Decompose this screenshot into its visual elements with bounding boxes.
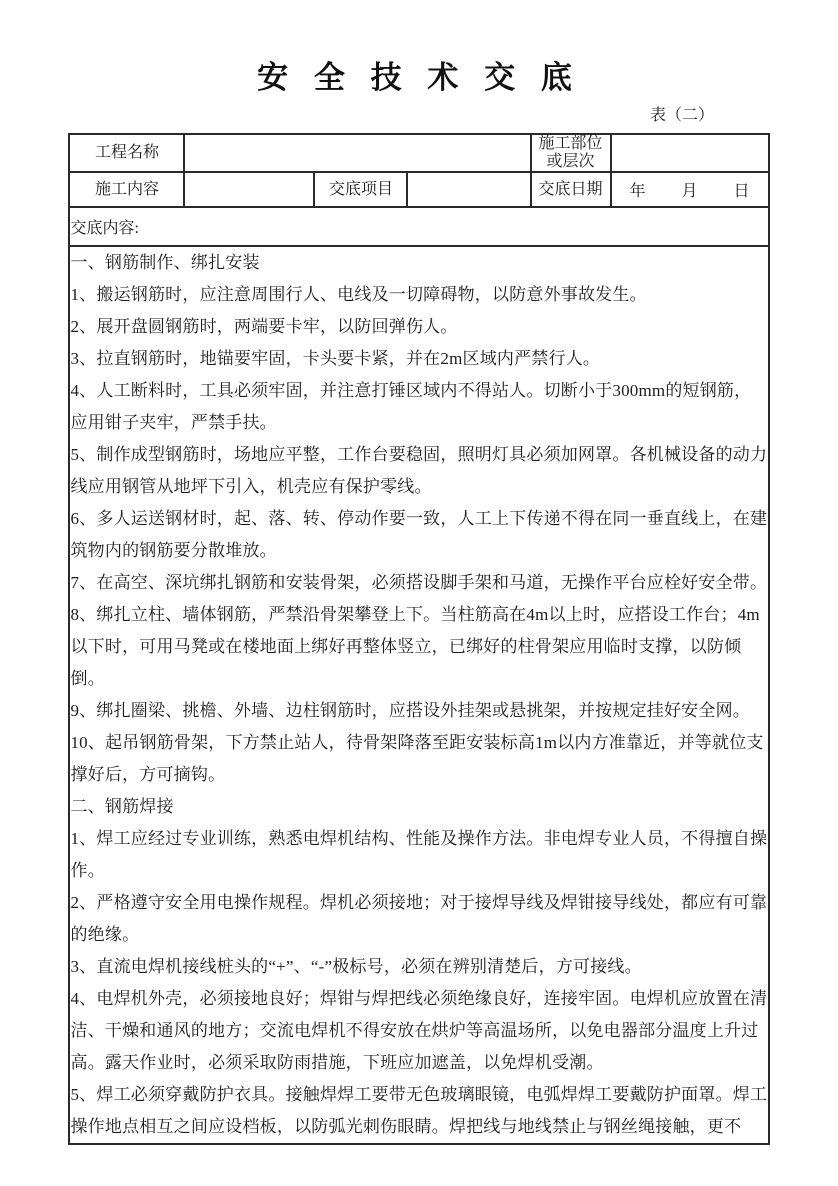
content-paragraph: 8、绑扎立柱、墙体钢筋，严禁沿骨架攀登上下。当柱筋高在4m以上时，应搭设工作台；… xyxy=(70,599,767,695)
disclosure-item-label: 交底项目 xyxy=(314,172,407,207)
construction-content-label: 施工内容 xyxy=(69,172,184,207)
project-name-label: 工程名称 xyxy=(69,134,184,172)
disclosure-item-value[interactable] xyxy=(407,172,530,207)
content-paragraph: 5、焊工必须穿戴防护衣具。接触焊焊工要带无色玻璃眼镜，电弧焊焊工要戴防护面罩。焊… xyxy=(70,1079,767,1143)
disclosure-content-body: 一、钢筋制作、绑扎安装1、搬运钢筋时，应注意周围行人、电线及一切障碍物，以防意外… xyxy=(70,247,767,1143)
content-paragraph: 3、拉直钢筋时，地锚要牢固，卡头要卡紧，并在2m区域内严禁行人。 xyxy=(70,343,767,375)
disclosure-form-table: 工程名称 施工部位或层次 施工内容 交底项目 交底日期 年 月 日 交底内容: xyxy=(68,133,769,1145)
content-paragraph: 4、人工断料时，工具必须牢固，并注意打锤区域内不得站人。切断小于300mm的短钢… xyxy=(70,375,767,439)
table-row: 一、钢筋制作、绑扎安装1、搬运钢筋时，应注意周围行人、电线及一切障碍物，以防意外… xyxy=(69,246,768,1144)
disclosure-date-value[interactable]: 年 月 日 xyxy=(611,172,769,207)
table-row: 交底内容: xyxy=(69,207,768,246)
form-number-label: 表（二） xyxy=(0,105,838,126)
date-year-label: 年 xyxy=(630,178,646,201)
content-paragraph: 5、制作成型钢筋时，场地应平整，工作台要稳固，照明灯具必须加网罩。各机械设备的动… xyxy=(70,439,767,503)
disclosure-content-cell: 一、钢筋制作、绑扎安装1、搬运钢筋时，应注意周围行人、电线及一切障碍物，以防意外… xyxy=(69,246,768,1144)
content-paragraph: 3、直流电焊机接线桩头的“+”、“-”极标号，必须在辨别清楚后，方可接线。 xyxy=(70,951,767,983)
content-paragraph: 9、绑扎圈梁、挑檐、外墙、边柱钢筋时，应搭设外挂架或悬挑架，并按规定挂好安全网。 xyxy=(70,695,767,727)
construction-content-value[interactable] xyxy=(184,172,314,207)
disclosure-date-label: 交底日期 xyxy=(531,172,611,207)
content-paragraph: 1、焊工应经过专业训练，熟悉电焊机结构、性能及操作方法。非电焊专业人员，不得擅自… xyxy=(70,823,767,887)
content-paragraph: 7、在高空、深坑绑扎钢筋和安装骨架，必须搭设脚手架和马道，无操作平台应栓好安全带… xyxy=(70,567,767,599)
date-month-label: 月 xyxy=(682,178,698,201)
date-day-label: 日 xyxy=(734,178,750,201)
construction-part-label: 施工部位或层次 xyxy=(531,134,611,172)
content-paragraph: 1、搬运钢筋时，应注意周围行人、电线及一切障碍物，以防意外事故发生。 xyxy=(70,279,767,311)
table-row: 施工内容 交底项目 交底日期 年 月 日 xyxy=(69,172,768,207)
content-paragraph: 6、多人运送钢材时，起、落、转、停动作要一致，人工上下传递不得在同一垂直线上，在… xyxy=(70,503,767,567)
date-placeholder: 年 月 日 xyxy=(612,178,768,201)
content-section-label: 交底内容: xyxy=(69,207,768,246)
content-paragraph: 4、电焊机外壳，必须接地良好；焊钳与焊把线必须绝缘良好，连接牢固。电焊机应放置在… xyxy=(70,983,767,1079)
content-paragraph: 10、起吊钢筋骨架，下方禁止站人，待骨架降落至距安装标高1m以内方准靠近，并等就… xyxy=(70,727,767,791)
content-paragraph: 二、钢筋焊接 xyxy=(70,791,767,823)
content-paragraph: 一、钢筋制作、绑扎安装 xyxy=(70,247,767,279)
project-name-value[interactable] xyxy=(184,134,530,172)
content-paragraph: 2、严格遵守安全用电操作规程。焊机必须接地；对于接焊导线及焊钳接导线处，都应有可… xyxy=(70,887,767,951)
document-page: 安 全 技 术 交 底 表（二） 工程名称 施工部位或层次 施工内容 交底项目 … xyxy=(0,0,838,1186)
document-title: 安 全 技 术 交 底 xyxy=(0,58,838,98)
table-row: 工程名称 施工部位或层次 xyxy=(69,134,768,172)
content-paragraph: 2、展开盘圆钢筋时，两端要卡牢，以防回弹伤人。 xyxy=(70,311,767,343)
construction-part-value[interactable] xyxy=(611,134,769,172)
